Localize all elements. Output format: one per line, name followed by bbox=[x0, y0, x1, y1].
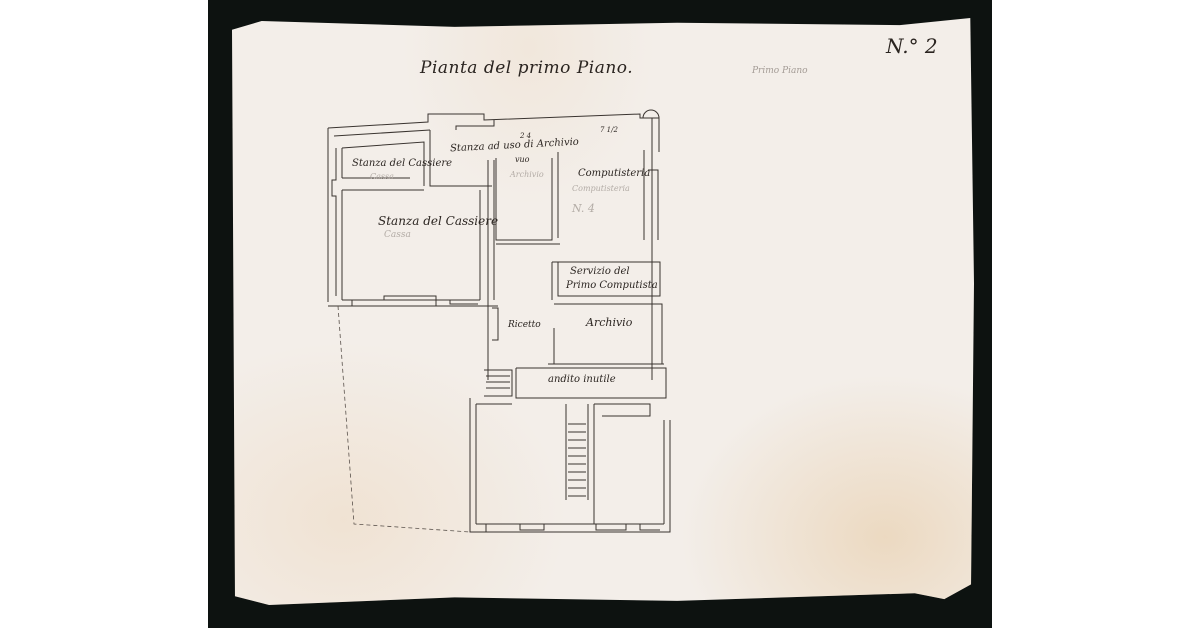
room-label-archivio: Archivio bbox=[586, 316, 632, 329]
room-label-andito-inutile: andito inutile bbox=[548, 374, 616, 385]
dimension-mark: 7 1/2 bbox=[600, 126, 618, 134]
room-label-stanza-cassiere-large: Stanza del Cassiere bbox=[378, 214, 498, 228]
pencil-label-cassa-small: Cassa bbox=[370, 172, 394, 181]
room-label-ricetto: Ricetto bbox=[508, 320, 541, 330]
pencil-label-computisteria: Computisteria bbox=[572, 184, 630, 193]
room-label-servizio-line2: Primo Computista bbox=[566, 280, 658, 291]
dimension-mark: 2 4 bbox=[520, 132, 531, 140]
pencil-label-archivio: Archivio bbox=[510, 170, 544, 179]
room-label-stanza-cassiere-small: Stanza del Cassiere bbox=[352, 158, 452, 169]
room-label-computisteria: Computisteria bbox=[578, 168, 650, 179]
room-label-servizio-line1: Servizio del bbox=[570, 266, 630, 277]
dimension-note: vuo bbox=[515, 155, 530, 164]
pencil-label-number: N. 4 bbox=[572, 202, 595, 215]
pencil-label-cassa-large: Cassa bbox=[384, 230, 411, 240]
floor-plan-drawing bbox=[0, 0, 1200, 628]
